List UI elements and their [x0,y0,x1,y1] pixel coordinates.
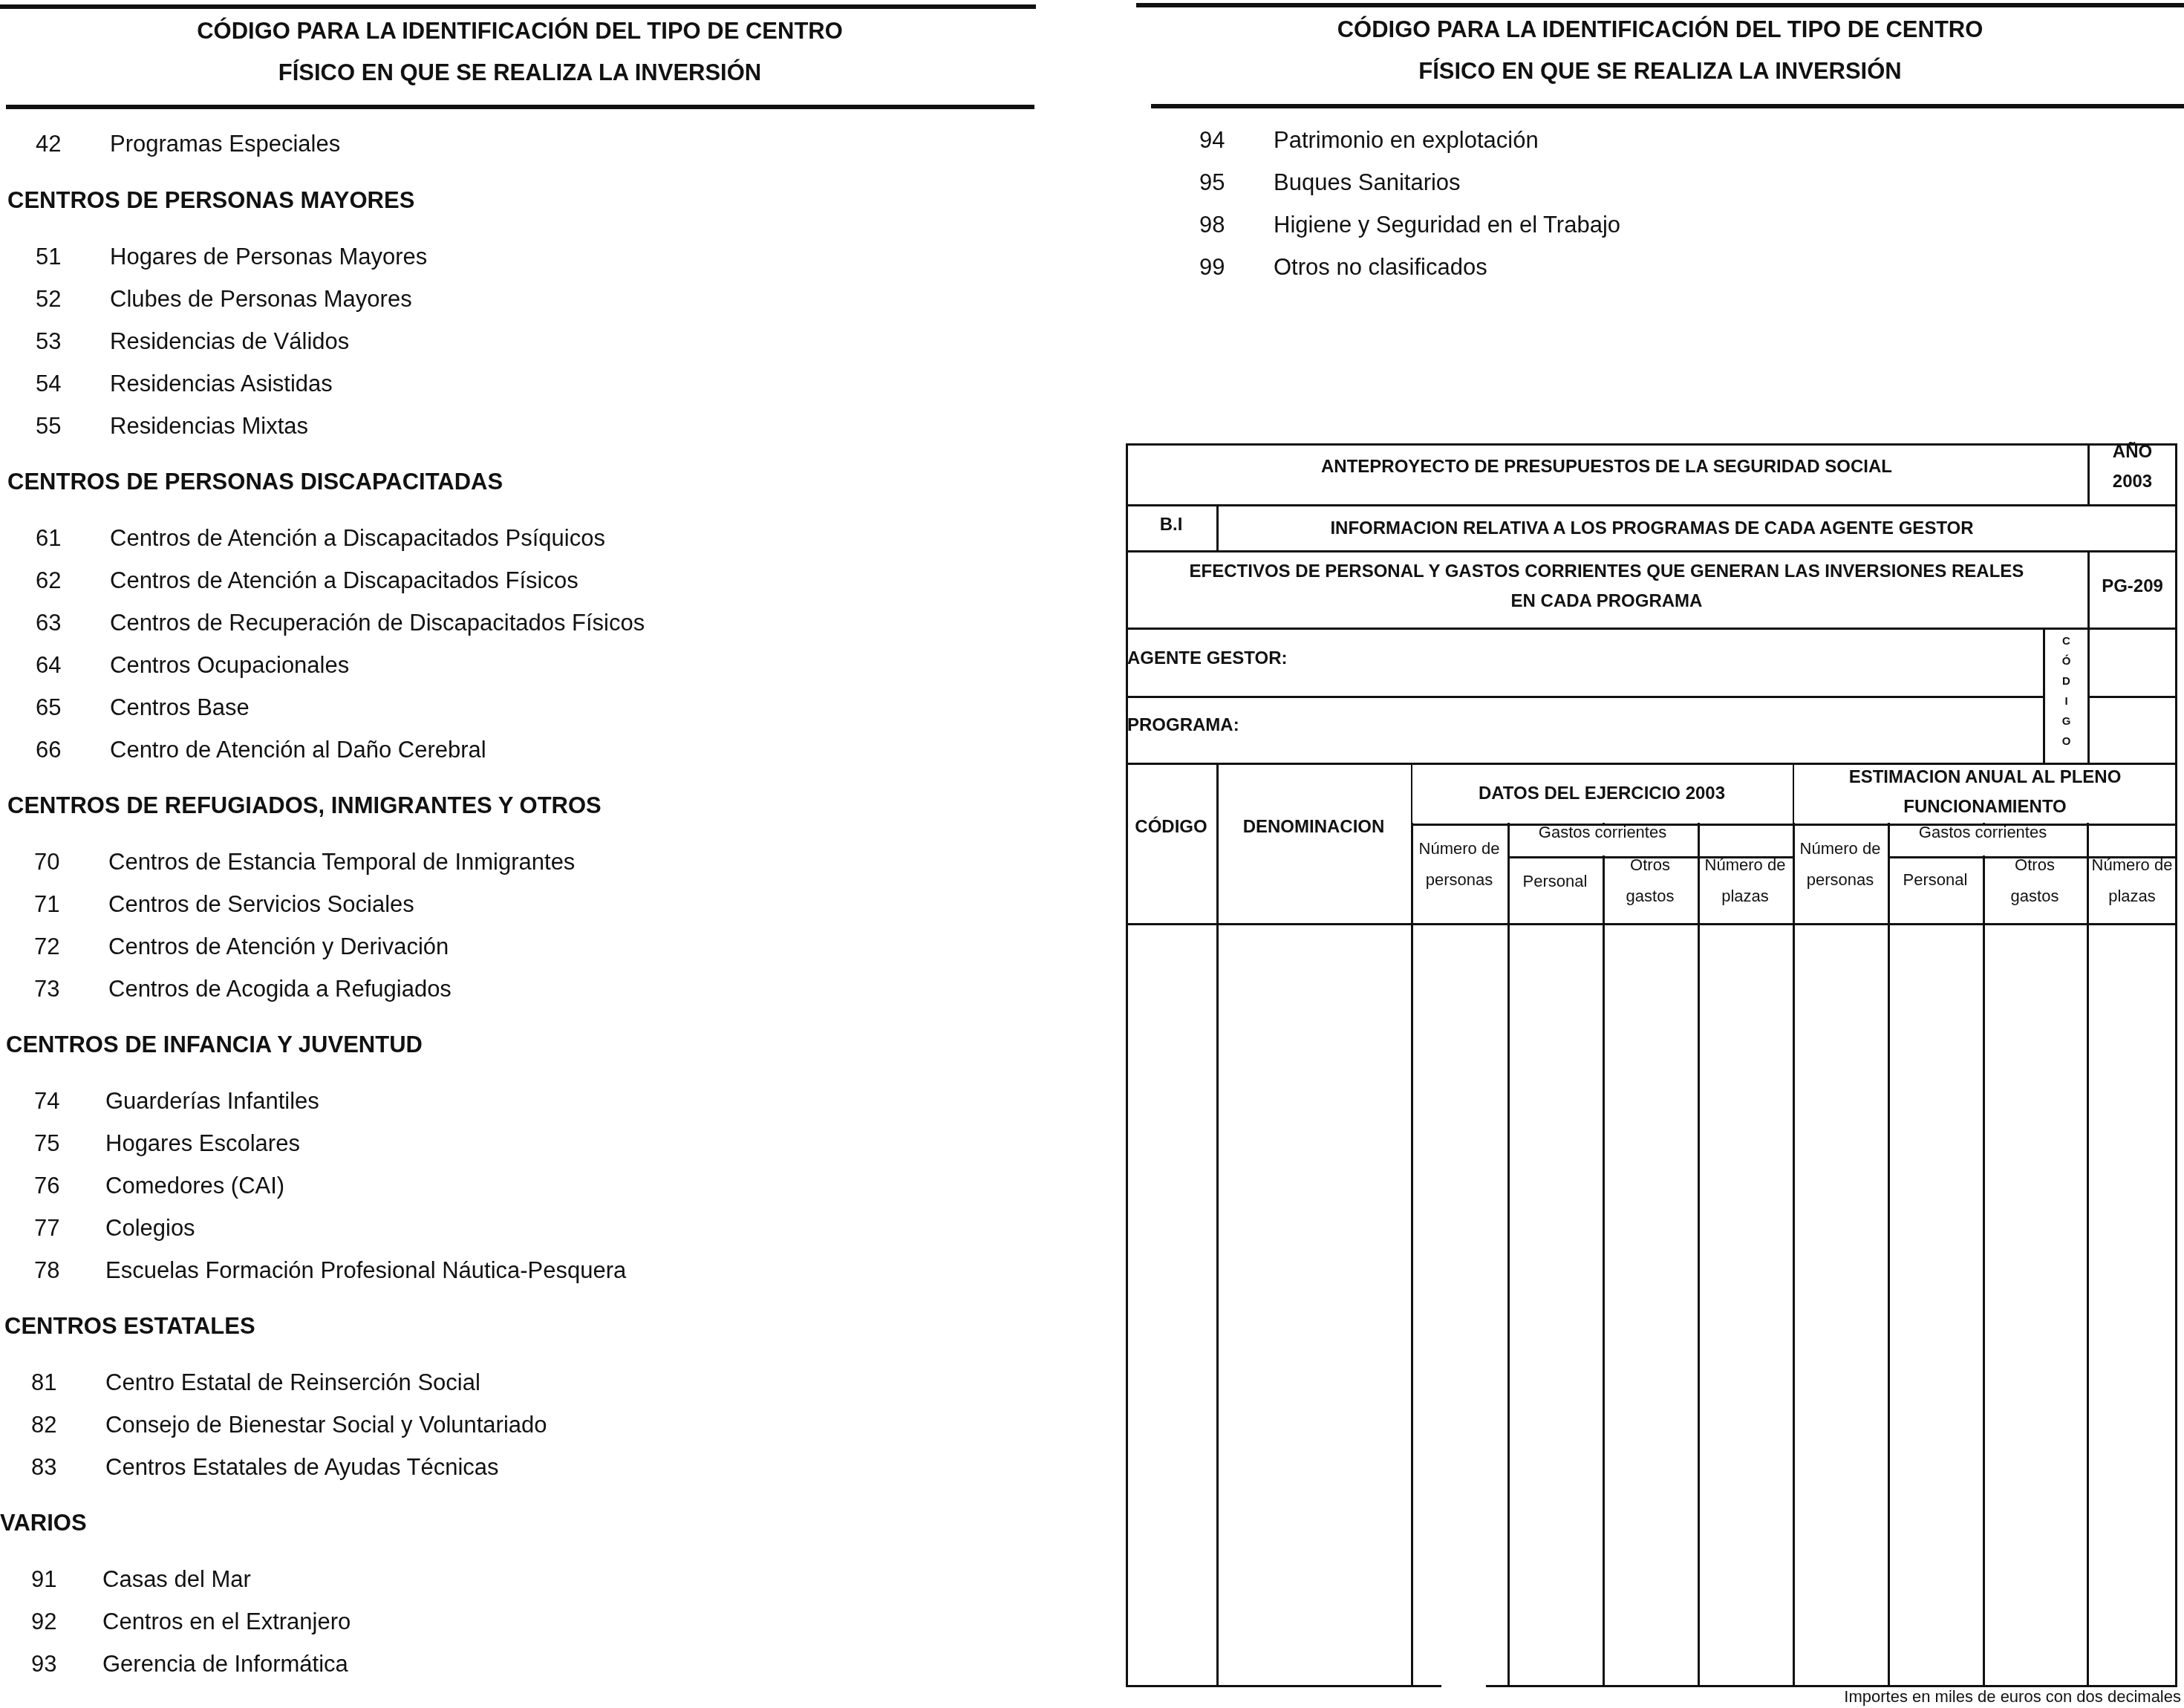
programa-code-field[interactable] [2089,699,2175,761]
year-label: AÑO [2087,437,2177,467]
section-heading: CENTROS DE PERSONAS DISCAPACITADAS [7,469,503,495]
header-bottom-rule [1126,923,2177,925]
item-label: Casas del Mar [102,1566,251,1593]
item-label: Centros en el Extranjero [102,1608,351,1635]
border-gap [1441,1682,1486,1689]
item-label: Centros de Atención y Derivación [108,933,449,960]
item-code: 53 [36,328,61,355]
divider [2087,696,2177,698]
col-group-ejercicio: DATOS DEL EJERCICIO 2003 [1411,779,1793,809]
section-title: INFORMACION RELATIVA A LOS PROGRAMAS DE … [1216,514,2087,544]
item-label: Clubes de Personas Mayores [110,286,412,313]
table-body-cell[interactable] [1985,926,2086,1682]
table-body-cell[interactable] [1128,926,1216,1682]
col-num-plazas: Número de [2087,850,2177,880]
col-personal: Personal [1507,867,1603,896]
section-heading: VARIOS [0,1510,87,1536]
title-bottom-rule [1151,104,2184,108]
page-title-line1: CÓDIGO PARA LA IDENTIFICACIÓN DEL TIPO D… [0,18,1040,45]
item-label: Centro Estatal de Reinserción Social [105,1369,480,1396]
item-label: Patrimonio en explotación [1274,127,1539,154]
item-label: Colegios [105,1215,195,1242]
item-label: Residencias Asistidas [110,371,333,397]
item-code: 65 [36,694,61,721]
section-heading: CENTROS ESTATALES [4,1313,255,1340]
page-title-line1: CÓDIGO PARA LA IDENTIFICACIÓN DEL TIPO D… [1136,16,2184,43]
top-rule [1136,3,2184,7]
codigo-letter: C [2045,635,2087,648]
item-code: 99 [1199,254,1225,281]
form-subtitle-line1: EFECTIVOS DE PERSONAL Y GASTOS CORRIENTE… [1126,557,2087,587]
codigo-letter: D [2045,675,2087,688]
item-label: Programas Especiales [110,131,340,157]
col-gastos-corrientes: Gastos corrientes [1888,818,2078,847]
item-code: 63 [36,610,61,636]
col-group-estimacion-1: ESTIMACION ANUAL AL PLENO [1793,763,2177,792]
item-label: Centros Estatales de Ayudas Técnicas [105,1454,499,1481]
form-code: PG-209 [2087,572,2177,602]
item-code: 72 [34,933,59,960]
col-num-personas: Número de [1411,834,1507,864]
section-heading: CENTROS DE REFUGIADOS, INMIGRANTES Y OTR… [7,792,602,819]
col-codigo: CÓDIGO [1126,812,1216,842]
item-label: Centros de Acogida a Refugiados [108,976,452,1003]
item-code: 75 [34,1130,59,1157]
item-label: Centros de Estancia Temporal de Inmigran… [108,849,575,876]
table-body-cell[interactable] [1219,926,1410,1682]
programa-label: PROGRAMA: [1127,711,1239,740]
item-code: 42 [36,131,61,157]
item-label: Hogares de Personas Mayores [110,244,427,270]
table-body-cell[interactable] [1605,926,1697,1682]
col-denominacion: DENOMINACION [1216,812,1411,842]
item-label: Residencias Mixtas [110,413,308,440]
item-label: Buques Sanitarios [1274,169,1461,196]
codigo-letter: O [2045,735,2087,748]
codigo-letter: Ó [2045,655,2087,668]
item-code: 51 [36,244,61,270]
footnote: Importes en miles de euros con dos decim… [1844,1687,2181,1707]
item-code: 83 [31,1454,56,1481]
col-num-personas: personas [1793,865,1888,895]
page-title-line2: FÍSICO EN QUE SE REALIZA LA INVERSIÓN [0,59,1040,86]
item-code: 52 [36,286,61,313]
item-label: Centros de Atención a Discapacitados Psí… [110,525,605,552]
item-label: Consejo de Bienestar Social y Voluntaria… [105,1412,547,1438]
item-code: 54 [36,371,61,397]
section-heading: CENTROS DE INFANCIA Y JUVENTUD [6,1031,423,1058]
divider [1126,696,2043,698]
item-code: 98 [1199,212,1225,238]
section-heading: CENTROS DE PERSONAS MAYORES [7,187,414,214]
table-body-cell[interactable] [1700,926,1792,1682]
item-code: 64 [36,652,61,679]
form-title: ANTEPROYECTO DE PRESUPUESTOS DE LA SEGUR… [1126,452,2087,482]
item-label: Centro de Atención al Daño Cerebral [110,737,486,763]
year-value: 2003 [2087,467,2177,497]
col-num-personas: Número de [1793,834,1888,864]
item-label: Escuelas Formación Profesional Náutica-P… [105,1257,626,1284]
item-code: 70 [34,849,59,876]
page-title-line2: FÍSICO EN QUE SE REALIZA LA INVERSIÓN [1136,58,2184,85]
col-personal: Personal [1888,865,1983,895]
item-code: 91 [31,1566,56,1593]
table-body-cell[interactable] [1413,926,1507,1682]
table-body-cell[interactable] [1510,926,1602,1682]
divider [1126,504,2177,506]
form-subtitle-line2: EN CADA PROGRAMA [1126,587,2087,616]
item-label: Guarderías Infantiles [105,1088,319,1115]
item-code: 76 [34,1173,59,1199]
item-code: 73 [34,976,59,1003]
item-label: Comedores (CAI) [105,1173,284,1199]
item-code: 71 [34,891,59,918]
codigo-letter: G [2045,715,2087,728]
item-code: 62 [36,567,61,594]
table-body-cell[interactable] [2089,926,2177,1682]
item-code: 66 [36,737,61,763]
codigo-letter: I [2045,695,2087,708]
item-code: 78 [34,1257,59,1284]
item-code: 81 [31,1369,56,1396]
agente-gestor-label: AGENTE GESTOR: [1127,644,1288,674]
top-rule [0,4,1036,9]
item-label: Centros Ocupacionales [110,652,349,679]
item-label: Residencias de Válidos [110,328,349,355]
item-code: 82 [31,1412,56,1438]
item-label: Centros de Recuperación de Discapacitado… [110,610,645,636]
item-code: 55 [36,413,61,440]
item-code: 94 [1199,127,1225,154]
item-code: 74 [34,1088,59,1115]
col-otros-gastos: gastos [1983,881,2087,911]
table-body-cell[interactable] [1890,926,1982,1682]
agente-gestor-code-field[interactable] [2089,630,2175,694]
col-otros-gastos: Otros [1603,850,1698,880]
col-otros-gastos: Otros [1983,850,2087,880]
item-code: 61 [36,525,61,552]
table-body-cell[interactable] [1795,926,1887,1682]
col-otros-gastos: gastos [1603,881,1698,911]
item-label: Centros de Servicios Sociales [108,891,414,918]
col-num-plazas: Número de [1698,850,1793,880]
item-label: Hogares Escolares [105,1130,300,1157]
section-code: B.I [1126,510,1216,540]
col-gastos-corrientes: Gastos corrientes [1507,818,1698,847]
item-label: Centros Base [110,694,250,721]
item-code: 93 [31,1651,56,1678]
item-code: 95 [1199,169,1225,196]
budget-form: ANTEPROYECTO DE PRESUPUESTOS DE LA SEGUR… [1126,443,2177,1687]
item-label: Otros no clasificados [1274,254,1487,281]
item-code: 92 [31,1608,56,1635]
item-label: Higiene y Seguridad en el Trabajo [1274,212,1620,238]
title-bottom-rule [6,105,1034,109]
item-label: Centros de Atención a Discapacitados Fís… [110,567,578,594]
divider [1126,550,2177,553]
col-num-plazas: plazas [2087,881,2177,911]
col-num-plazas: plazas [1698,881,1793,911]
col-num-personas: personas [1411,865,1507,895]
item-label: Gerencia de Informática [102,1651,348,1678]
item-code: 77 [34,1215,59,1242]
divider [1126,628,2177,630]
